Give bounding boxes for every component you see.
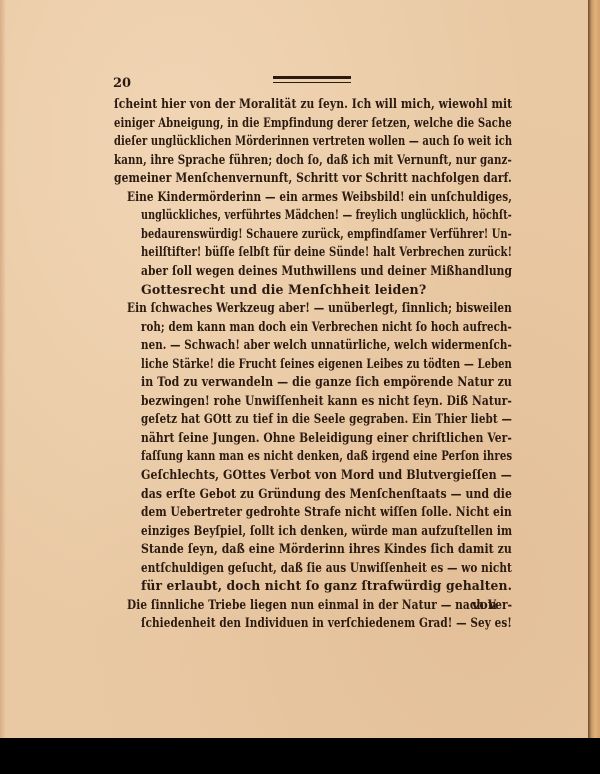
text-line: Geſchlechts, GOttes Verbot von Mord und … bbox=[141, 467, 512, 483]
page-number: 20 bbox=[113, 76, 131, 91]
text-line: nährt ſeine Jungen. Ohne Beleidigung ein… bbox=[141, 430, 512, 446]
text-line: Gottesrecht und die Menſchheit leiden? bbox=[141, 282, 426, 298]
text-line: Ein ſchwaches Werkzeug aber! — unüberleg… bbox=[127, 300, 512, 316]
text-line: ſcheint hier von der Moralität zu ſeyn. … bbox=[114, 96, 512, 112]
text-line: Stande ſeyn, daß eine Mörderinn ihres Ki… bbox=[141, 541, 512, 557]
text-line: geſetz hat GOtt zu tief in die Seele geg… bbox=[141, 411, 512, 427]
text-line: nen. — Schwach! aber welch unnatürliche,… bbox=[141, 337, 512, 353]
text-line: liche Stärke! die Frucht ſeines eigenen … bbox=[141, 356, 512, 372]
text-line: roh; dem kann man doch ein Verbrechen ni… bbox=[141, 319, 512, 335]
text-line: gemeiner Menſchenvernunft, Schritt vor S… bbox=[114, 170, 512, 186]
text-line: dieſer unglücklichen Mörderinnen vertret… bbox=[114, 133, 512, 149]
text-line: Eine Kindermörderinn — ein armes Weibsbi… bbox=[127, 189, 512, 205]
catchword: von bbox=[472, 597, 497, 612]
text-line: in Tod zu verwandeln — die ganze ſich em… bbox=[141, 374, 512, 390]
header-ornament-rule bbox=[273, 76, 351, 83]
text-line: bezwingen! rohe Unwiſſenheit kann es nic… bbox=[141, 393, 512, 409]
text-line: dem Uebertreter gedrohte Strafe nicht wi… bbox=[141, 504, 512, 520]
text-line: ſchiedenheit den Individuen in verſchied… bbox=[141, 615, 512, 631]
text-line: faſſung kann man es nicht denken, daß ir… bbox=[141, 448, 512, 464]
text-line: entſchuldigen geſucht, daß ſie aus Unwiſ… bbox=[141, 560, 512, 576]
text-line: für erlaubt, doch nicht ſo ganz ſtrafwür… bbox=[141, 578, 512, 594]
text-line: unglückliches, verführtes Mädchen! — fre… bbox=[141, 207, 512, 223]
page-right-edge bbox=[588, 0, 600, 738]
text-line: einiger Abneigung, in die Empfindung der… bbox=[114, 115, 512, 131]
text-line: kann, ihre Sprache führen; doch ſo, daß … bbox=[114, 152, 512, 168]
text-line: heilſtifter! büſſe ſelbſt für deine Sünd… bbox=[141, 244, 512, 260]
text-line: einziges Beyſpiel, ſollt ich denken, wür… bbox=[141, 523, 512, 539]
text-line: bedaurenswürdig! Schauere zurück, empfin… bbox=[141, 226, 512, 242]
book-page: 20 ſcheint hier von der Moralität zu ſey… bbox=[0, 0, 592, 738]
page-left-edge bbox=[0, 0, 6, 738]
text-line: das erſte Gebot zu Gründung des Menſchen… bbox=[141, 486, 512, 502]
text-line: Die ſinnliche Triebe liegen nun einmal i… bbox=[127, 597, 512, 613]
text-line: aber ſoll wegen deines Muthwillens und d… bbox=[141, 263, 512, 279]
